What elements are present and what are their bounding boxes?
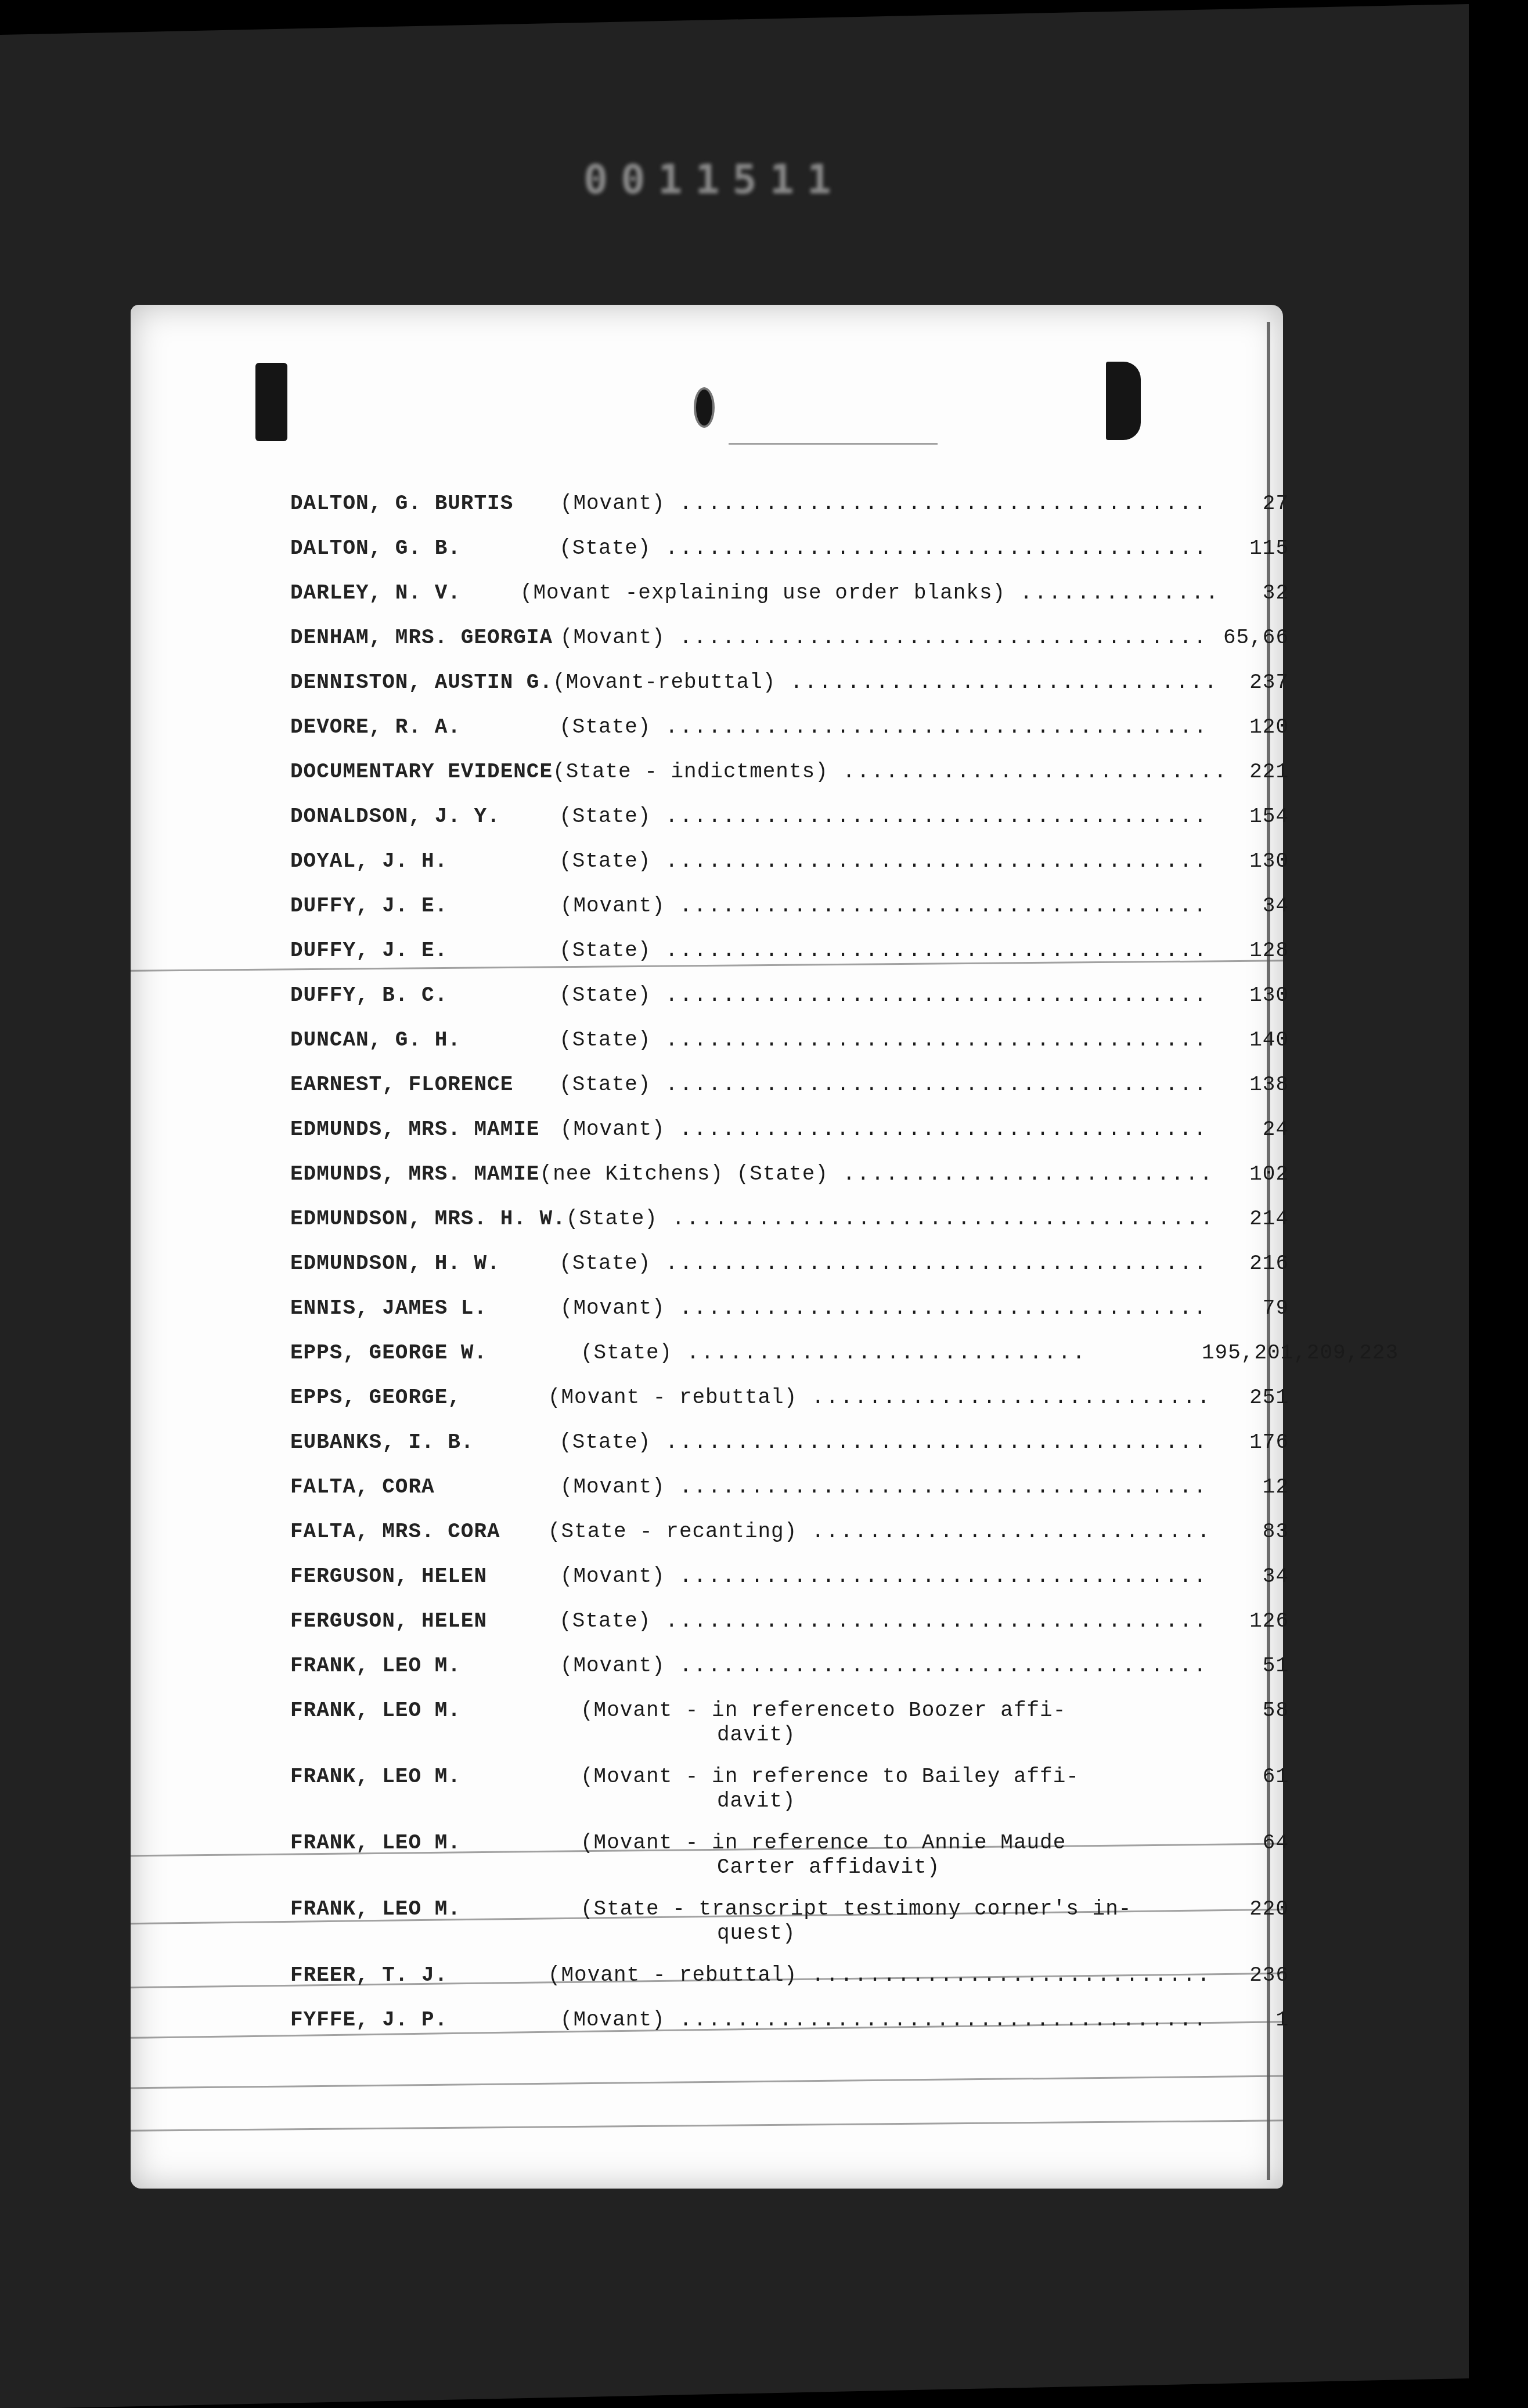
index-entry: FERGUSON, HELEN (Movant) ...............… bbox=[290, 1566, 1289, 1611]
index-entry: DUNCAN, G. H. (State) ..................… bbox=[290, 1030, 1289, 1075]
index-entry: EPPS, GEORGE W. (State) ................… bbox=[290, 1343, 1289, 1387]
description-text: (Movant) bbox=[560, 894, 665, 918]
index-entry: FALTA, MRS. CORA (State - recanting) ...… bbox=[290, 1522, 1289, 1566]
witness-name: EPPS, GEORGE W. bbox=[290, 1343, 581, 1364]
index-entry: FALTA, CORA (Movant) ...................… bbox=[290, 1477, 1289, 1522]
witness-index: DALTON, G. BURTIS (Movant) .............… bbox=[290, 493, 1289, 2054]
description-text: (Movant) bbox=[560, 1565, 665, 1588]
witness-name: EDMUNDS, MRS. MAMIE bbox=[290, 1164, 540, 1185]
leader-dots: ..................................... bbox=[665, 894, 1208, 918]
witness-name: EDMUNDSON, H. W. bbox=[290, 1253, 559, 1274]
index-entry: DENHAM, MRS. GEORGIA (Movant) ..........… bbox=[290, 628, 1289, 672]
description-text: (Movant - rebuttal) bbox=[548, 1963, 797, 1987]
testimony-description: (Movant -explaining use order blanks) ..… bbox=[520, 583, 1220, 604]
witness-name: FRANK, LEO M. bbox=[290, 1833, 581, 1854]
testimony-description: (State) ................................… bbox=[566, 1209, 1215, 1230]
witness-name: DOCUMENTARY EVIDENCE bbox=[290, 762, 553, 783]
leader-dots: ..................................... bbox=[665, 1654, 1208, 1678]
witness-name: DUFFY, J. E. bbox=[290, 896, 560, 917]
description-text: (State) bbox=[559, 1609, 651, 1633]
description-text: (Movant) bbox=[560, 492, 665, 516]
page-reference: 27 bbox=[1208, 493, 1289, 514]
testimony-description: (Movant) ...............................… bbox=[560, 493, 1208, 514]
testimony-description: (Movant) ...............................… bbox=[560, 2010, 1208, 2031]
page-reference: 65,66 bbox=[1208, 628, 1289, 648]
testimony-description: (State) ................................… bbox=[559, 717, 1208, 738]
punch-hole-center bbox=[694, 387, 715, 428]
testimony-description: (Movant) ...............................… bbox=[560, 1566, 1208, 1587]
index-entry: EARNEST, FLORENCE (State) ..............… bbox=[290, 1075, 1289, 1119]
leader-dots: ...................................... bbox=[651, 1430, 1208, 1454]
index-entry: DOYAL, J. H. (State) ...................… bbox=[290, 851, 1289, 896]
index-entry: EDMUNDS, MRS. MAMIE (nee Kitchens) (Stat… bbox=[290, 1164, 1289, 1209]
leader-dots: ............................ bbox=[797, 1520, 1212, 1544]
testimony-description: (State - recanting) ....................… bbox=[548, 1522, 1212, 1542]
description-text: (State) bbox=[581, 1341, 672, 1365]
description-text: (State - indictments) bbox=[553, 760, 828, 784]
description-text: (State) bbox=[559, 939, 651, 963]
testimony-description: (Movant) ...............................… bbox=[560, 1298, 1208, 1319]
index-entry: DEVORE, R. A. (State) ..................… bbox=[290, 717, 1289, 762]
description-text: (State) bbox=[559, 715, 651, 739]
testimony-description: (State - indictments) ..................… bbox=[553, 762, 1228, 783]
page-reference: 138 bbox=[1208, 1075, 1289, 1095]
witness-name: DUFFY, J. E. bbox=[290, 940, 559, 961]
testimony-description: (Movant - rebuttal) ....................… bbox=[548, 1387, 1212, 1408]
index-entry: DUFFY, B. C. (State) ...................… bbox=[290, 985, 1289, 1030]
page-reference: 58 bbox=[1202, 1700, 1289, 1721]
header-rule bbox=[729, 443, 938, 445]
leader-dots: ...................................... bbox=[651, 1609, 1208, 1633]
testimony-description: (Movant-rebuttal) ......................… bbox=[553, 672, 1219, 693]
testimony-description: (Movant - in referenceto Boozer affi-dav… bbox=[581, 1700, 1202, 1746]
index-entry: FRANK, LEO M. (Movant - in reference to … bbox=[290, 1833, 1289, 1899]
leader-dots: .............. bbox=[1006, 581, 1220, 605]
testimony-description: (State) ................................… bbox=[559, 940, 1208, 961]
leader-dots: .......................... bbox=[828, 1162, 1214, 1186]
index-entry: DUFFY, J. E. (Movant) ..................… bbox=[290, 896, 1289, 940]
page-reference: 221 bbox=[1228, 762, 1289, 783]
witness-name: DARLEY, N. V. bbox=[290, 583, 520, 604]
leader-dots: ...................................... bbox=[651, 1073, 1208, 1097]
testimony-description: (Movant) ...............................… bbox=[560, 1656, 1208, 1677]
leader-dots: ..................................... bbox=[665, 1118, 1208, 1141]
index-entry: EDMUNDS, MRS. MAMIE (Movant) ...........… bbox=[290, 1119, 1289, 1164]
punch-hole-left bbox=[255, 363, 287, 441]
witness-name: DALTON, G. B. bbox=[290, 538, 559, 559]
page-reference: 251 bbox=[1212, 1387, 1289, 1408]
ledger-rule bbox=[131, 2075, 1283, 2089]
witness-name: DENHAM, MRS. GEORGIA bbox=[290, 628, 560, 648]
testimony-description: (Movant - in reference to Bailey affi-da… bbox=[581, 1767, 1202, 1812]
index-entry: EUBANKS, I. B. (State) .................… bbox=[290, 1432, 1289, 1477]
page-reference: 214 bbox=[1215, 1209, 1289, 1230]
witness-name: FALTA, CORA bbox=[290, 1477, 560, 1498]
witness-name: EARNEST, FLORENCE bbox=[290, 1075, 559, 1095]
index-entry: EDMUNDSON, MRS. H. W. (State) ..........… bbox=[290, 1209, 1289, 1253]
description-text: (Movant) bbox=[560, 1296, 665, 1320]
index-entry: DENNISTON, AUSTIN G. (Movant-rebuttal) .… bbox=[290, 672, 1289, 717]
leader-dots: ...................................... bbox=[651, 849, 1208, 873]
microfilm-frame-number: 0011511 bbox=[583, 156, 844, 203]
description-text: (Movant -explaining use order blanks) bbox=[520, 581, 1006, 605]
witness-name: FRANK, LEO M. bbox=[290, 1899, 581, 1920]
ledger-rule bbox=[131, 2119, 1283, 2131]
page-reference: 195,201,209,223 bbox=[1202, 1343, 1289, 1364]
description-text: (Movant - in reference to Annie Maude bbox=[581, 1831, 1066, 1855]
testimony-description: (nee Kitchens) (State) .................… bbox=[540, 1164, 1215, 1185]
description-continuation: davit) bbox=[581, 1725, 1202, 1746]
witness-name: FERGUSON, HELEN bbox=[290, 1611, 559, 1632]
index-entry: FRANK, LEO M. (Movant) .................… bbox=[290, 1656, 1289, 1700]
testimony-description: (Movant - in reference to Annie MaudeCar… bbox=[581, 1833, 1202, 1878]
witness-name: DEVORE, R. A. bbox=[290, 717, 559, 738]
witness-name: FRANK, LEO M. bbox=[290, 1700, 581, 1721]
leader-dots: .............................. bbox=[776, 671, 1219, 694]
description-text: (State - transcript testimony corner's i… bbox=[581, 1897, 1131, 1921]
index-entry: FREER, T. J. (Movant - rebuttal) .......… bbox=[290, 1965, 1289, 2010]
description-text: (Movant) bbox=[560, 1475, 665, 1499]
testimony-description: (State) ................................… bbox=[559, 1030, 1208, 1051]
witness-name: EDMUNDS, MRS. MAMIE bbox=[290, 1119, 560, 1140]
leader-dots: ...................................... bbox=[651, 805, 1208, 828]
page-reference: 130 bbox=[1208, 985, 1289, 1006]
page-reference: 237 bbox=[1219, 672, 1289, 693]
leader-dots: ..................................... bbox=[665, 492, 1208, 516]
index-entry: DALTON, G. BURTIS (Movant) .............… bbox=[290, 493, 1289, 538]
leader-dots: ..................................... bbox=[665, 1296, 1208, 1320]
page-reference: 32 bbox=[1220, 583, 1289, 604]
description-text: (State) bbox=[559, 849, 651, 873]
page-reference: 64 bbox=[1202, 1833, 1289, 1854]
leader-dots: ...................................... bbox=[651, 939, 1208, 963]
testimony-description: (State) ................................… bbox=[559, 806, 1208, 827]
testimony-description: (State) ................................… bbox=[559, 1253, 1208, 1274]
description-text: (nee Kitchens) (State) bbox=[540, 1162, 828, 1186]
page-reference: 216 bbox=[1208, 1253, 1289, 1274]
description-text: (Movant - rebuttal) bbox=[548, 1386, 797, 1410]
leader-dots: ..................................... bbox=[665, 2008, 1208, 2032]
index-entry: FERGUSON, HELEN (State) ................… bbox=[290, 1611, 1289, 1656]
page-reference: 220 bbox=[1202, 1899, 1289, 1920]
index-entry: DONALDSON, J. Y. (State) ...............… bbox=[290, 806, 1289, 851]
description-text: (State) bbox=[559, 983, 651, 1007]
index-entry: ENNIS, JAMES L. (Movant) ...............… bbox=[290, 1298, 1289, 1343]
testimony-description: (Movant) ...............................… bbox=[560, 628, 1208, 648]
witness-name: DALTON, G. BURTIS bbox=[290, 493, 560, 514]
page-reference: 154 bbox=[1208, 806, 1289, 827]
page-reference: 1 bbox=[1208, 2010, 1289, 2031]
testimony-description: (Movant) ...............................… bbox=[560, 1477, 1208, 1498]
page-reference: 128 bbox=[1208, 940, 1289, 961]
testimony-description: (State - transcript testimony corner's i… bbox=[581, 1899, 1202, 1944]
witness-name: DUFFY, B. C. bbox=[290, 985, 559, 1006]
page-reference: 102 bbox=[1214, 1164, 1289, 1185]
witness-name: EDMUNDSON, MRS. H. W. bbox=[290, 1209, 566, 1230]
description-text: (Movant-rebuttal) bbox=[553, 671, 776, 694]
index-entry: EDMUNDSON, H. W. (State) ...............… bbox=[290, 1253, 1289, 1298]
leader-dots: ...................................... bbox=[651, 1028, 1208, 1052]
testimony-description: (State) ................................… bbox=[559, 1075, 1208, 1095]
leader-dots: ..................................... bbox=[665, 626, 1208, 650]
witness-name: EUBANKS, I. B. bbox=[290, 1432, 559, 1453]
witness-name: FRANK, LEO M. bbox=[290, 1767, 581, 1787]
leader-dots: ...................................... bbox=[651, 983, 1208, 1007]
witness-name: FYFFE, J. P. bbox=[290, 2010, 560, 2031]
description-text: (State - recanting) bbox=[548, 1520, 797, 1544]
description-text: (State) bbox=[559, 1073, 651, 1097]
witness-name: FALTA, MRS. CORA bbox=[290, 1522, 548, 1542]
witness-name: DENNISTON, AUSTIN G. bbox=[290, 672, 553, 693]
testimony-description: (State) ................................… bbox=[559, 538, 1208, 559]
page-reference: 24 bbox=[1208, 1119, 1289, 1140]
page-reference: 140 bbox=[1208, 1030, 1289, 1051]
description-continuation: Carter affidavit) bbox=[581, 1857, 1202, 1878]
index-entry: DARLEY, N. V. (Movant -explaining use or… bbox=[290, 583, 1289, 628]
page-reference: 236 bbox=[1212, 1965, 1289, 1986]
page-reference: 130 bbox=[1208, 851, 1289, 872]
testimony-description: (State) ................................… bbox=[559, 851, 1208, 872]
description-continuation: quest) bbox=[581, 1923, 1202, 1944]
description-text: (State) bbox=[559, 805, 651, 828]
page-reference: 12 bbox=[1208, 1477, 1289, 1498]
witness-name: EPPS, GEORGE, bbox=[290, 1387, 548, 1408]
description-text: (State) bbox=[559, 1028, 651, 1052]
page-reference: 51 bbox=[1208, 1656, 1289, 1677]
description-continuation: davit) bbox=[581, 1791, 1202, 1812]
description-text: (State) bbox=[559, 536, 651, 560]
leader-dots: ..................................... bbox=[665, 1565, 1208, 1588]
testimony-description: (State) ................................… bbox=[559, 985, 1208, 1006]
leader-dots: ...................................... bbox=[651, 1252, 1208, 1275]
description-text: (Movant) bbox=[560, 2008, 665, 2032]
witness-name: FRANK, LEO M. bbox=[290, 1656, 560, 1677]
leader-dots: ...................................... bbox=[651, 536, 1208, 560]
witness-name: FERGUSON, HELEN bbox=[290, 1566, 560, 1587]
testimony-description: (Movant - rebuttal) ....................… bbox=[548, 1965, 1212, 1986]
index-entry: FYFFE, J. P. (Movant) ..................… bbox=[290, 2010, 1289, 2054]
index-entry: DALTON, G. B. (State) ..................… bbox=[290, 538, 1289, 583]
page-reference: 83 bbox=[1212, 1522, 1289, 1542]
description-text: (State) bbox=[559, 1252, 651, 1275]
page-reference: 34 bbox=[1208, 1566, 1289, 1587]
index-page: DALTON, G. BURTIS (Movant) .............… bbox=[131, 305, 1283, 2189]
description-text: (Movant) bbox=[560, 1654, 665, 1678]
index-entry: FRANK, LEO M. (State - transcript testim… bbox=[290, 1899, 1289, 1965]
witness-name: DUNCAN, G. H. bbox=[290, 1030, 559, 1051]
leader-dots: ...................................... bbox=[658, 1207, 1215, 1231]
description-text: (Movant) bbox=[560, 626, 665, 650]
leader-dots: ..................................... bbox=[665, 1475, 1208, 1499]
page-reference: 120 bbox=[1208, 717, 1289, 738]
punch-hole-right bbox=[1106, 362, 1141, 440]
leader-dots: ........................... bbox=[828, 760, 1228, 784]
testimony-description: (State) ................................… bbox=[559, 1611, 1208, 1632]
witness-name: ENNIS, JAMES L. bbox=[290, 1298, 560, 1319]
description-text: (Movant) bbox=[560, 1118, 665, 1141]
witness-name: DONALDSON, J. Y. bbox=[290, 806, 559, 827]
page-reference: 61 bbox=[1202, 1767, 1289, 1787]
description-text: (State) bbox=[559, 1430, 651, 1454]
leader-dots: ............................ bbox=[797, 1963, 1212, 1987]
leader-dots: ............................ bbox=[797, 1386, 1212, 1410]
testimony-description: (Movant) ...............................… bbox=[560, 896, 1208, 917]
page-reference: 34 bbox=[1208, 896, 1289, 917]
page-reference: 126 bbox=[1208, 1611, 1289, 1632]
leader-dots: ............................ bbox=[672, 1341, 1087, 1365]
description-text: (Movant - in referenceto Boozer affi- bbox=[581, 1699, 1066, 1722]
page-reference: 79 bbox=[1208, 1298, 1289, 1319]
index-entry: DUFFY, J. E. (State) ...................… bbox=[290, 940, 1289, 985]
testimony-description: (State) ................................… bbox=[559, 1432, 1208, 1453]
page-reference: 115 bbox=[1208, 538, 1289, 559]
page-reference: 176 bbox=[1208, 1432, 1289, 1453]
witness-name: FREER, T. J. bbox=[290, 1965, 548, 1986]
witness-name: DOYAL, J. H. bbox=[290, 851, 559, 872]
description-text: (State) bbox=[566, 1207, 658, 1231]
testimony-description: (Movant) ...............................… bbox=[560, 1119, 1208, 1140]
description-text: (Movant - in reference to Bailey affi- bbox=[581, 1765, 1079, 1789]
testimony-description: (State) ............................ bbox=[581, 1343, 1202, 1364]
leader-dots: ...................................... bbox=[651, 715, 1208, 739]
index-entry: FRANK, LEO M. (Movant - in reference to … bbox=[290, 1767, 1289, 1833]
index-entry: DOCUMENTARY EVIDENCE (State - indictment… bbox=[290, 762, 1289, 806]
index-entry: FRANK, LEO M. (Movant - in referenceto B… bbox=[290, 1700, 1289, 1767]
index-entry: EPPS, GEORGE, (Movant - rebuttal) ......… bbox=[290, 1387, 1289, 1432]
